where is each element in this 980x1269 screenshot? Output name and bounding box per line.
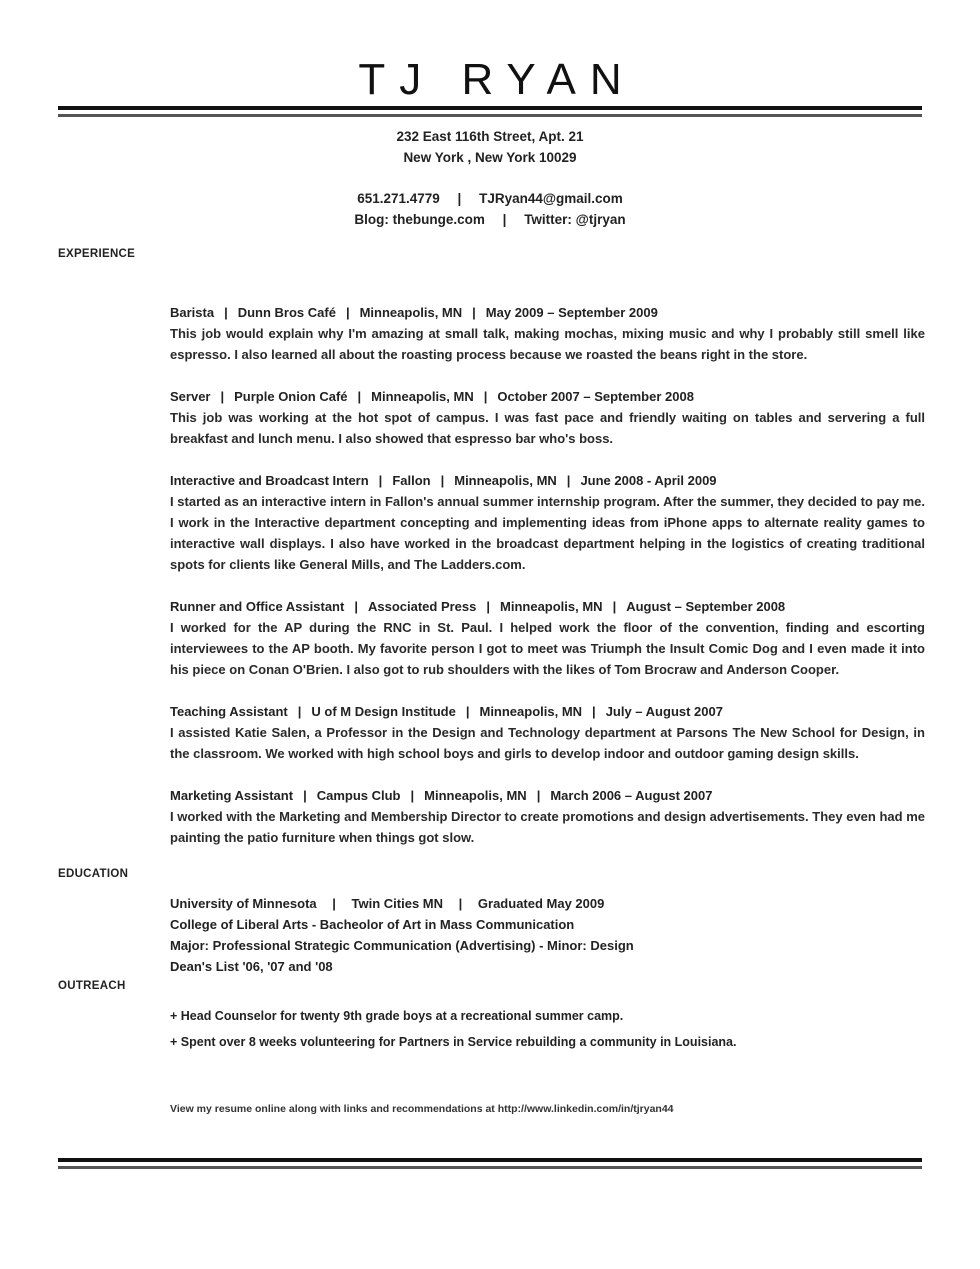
twitter-link[interactable]: Twitter: @tjryan — [524, 212, 625, 227]
graduation-date: Graduated May 2009 — [478, 896, 604, 911]
job-dates: June 2008 - April 2009 — [580, 473, 716, 488]
job-title: Runner and Office Assistant — [170, 599, 344, 614]
job-title: Teaching Assistant — [170, 704, 288, 719]
separator: | — [411, 785, 415, 806]
footer-rule-thick — [58, 1158, 922, 1162]
experience-entry: Barista|Dunn Bros Café|Minneapolis, MN|M… — [170, 302, 925, 365]
job-header: Teaching Assistant|U of M Design Institu… — [170, 701, 925, 722]
contact-block: 651.271.4779 | TJRyan44@gmail.com Blog: … — [0, 188, 980, 230]
outreach-item: + Head Counselor for twenty 9th grade bo… — [170, 1003, 925, 1029]
separator: | — [537, 785, 541, 806]
section-label-outreach: OUTREACH — [58, 980, 126, 992]
section-label-education: EDUCATION — [58, 868, 128, 880]
education-major-line: Major: Professional Strategic Communicat… — [170, 935, 925, 956]
job-location: Minneapolis, MN — [371, 389, 474, 404]
separator: | — [298, 701, 302, 722]
job-employer: U of M Design Institude — [311, 704, 455, 719]
separator: | — [354, 596, 358, 617]
separator: | — [459, 893, 463, 914]
job-dates: October 2007 – September 2008 — [497, 389, 694, 404]
job-title: Interactive and Broadcast Intern — [170, 473, 369, 488]
separator: | — [379, 470, 383, 491]
job-dates: July – August 2007 — [606, 704, 723, 719]
job-description: I worked for the AP during the RNC in St… — [170, 617, 925, 680]
separator: | — [592, 701, 596, 722]
job-description: I worked with the Marketing and Membersh… — [170, 806, 925, 848]
job-description: I started as an interactive intern in Fa… — [170, 491, 925, 575]
separator: | — [441, 470, 445, 491]
separator: | — [332, 893, 336, 914]
separator: | — [472, 302, 476, 323]
linkedin-note[interactable]: View my resume online along with links a… — [170, 1103, 674, 1115]
experience-entry: Interactive and Broadcast Intern|Fallon|… — [170, 470, 925, 575]
experience-entry: Runner and Office Assistant|Associated P… — [170, 596, 925, 680]
job-employer: Campus Club — [317, 788, 401, 803]
resume-name: TJ RYAN — [0, 52, 980, 108]
separator: | — [466, 701, 470, 722]
job-description: This job was working at the hot spot of … — [170, 407, 925, 449]
job-header: Barista|Dunn Bros Café|Minneapolis, MN|M… — [170, 302, 925, 323]
address-line-2: New York , New York 10029 — [0, 147, 980, 168]
experience-entry: Teaching Assistant|U of M Design Institu… — [170, 701, 925, 764]
job-location: Minneapolis, MN — [360, 305, 463, 320]
job-employer: Dunn Bros Café — [238, 305, 336, 320]
separator: | — [503, 209, 507, 230]
job-header: Runner and Office Assistant|Associated P… — [170, 596, 925, 617]
job-employer: Associated Press — [368, 599, 476, 614]
blog-link[interactable]: Blog: thebunge.com — [354, 212, 485, 227]
job-title: Barista — [170, 305, 214, 320]
job-dates: August – September 2008 — [626, 599, 785, 614]
job-header: Marketing Assistant|Campus Club|Minneapo… — [170, 785, 925, 806]
job-header: Server|Purple Onion Café|Minneapolis, MN… — [170, 386, 925, 407]
job-location: Minneapolis, MN — [500, 599, 603, 614]
education-block: University of Minnesota | Twin Cities MN… — [170, 893, 925, 977]
header-rule-thin — [58, 114, 922, 117]
separator: | — [613, 596, 617, 617]
job-title: Server — [170, 389, 210, 404]
separator: | — [224, 302, 228, 323]
experience-list: Barista|Dunn Bros Café|Minneapolis, MN|M… — [170, 302, 925, 869]
separator: | — [486, 596, 490, 617]
address-block: 232 East 116th Street, Apt. 21 New York … — [0, 126, 980, 168]
outreach-item: + Spent over 8 weeks volunteering for Pa… — [170, 1029, 925, 1055]
job-employer: Purple Onion Café — [234, 389, 347, 404]
separator: | — [346, 302, 350, 323]
separator: | — [220, 386, 224, 407]
job-description: I assisted Katie Salen, a Professor in t… — [170, 722, 925, 764]
contact-row-1: 651.271.4779 | TJRyan44@gmail.com — [0, 188, 980, 209]
school-name: University of Minnesota — [170, 896, 317, 911]
header-rule-thick — [58, 106, 922, 110]
separator: | — [358, 386, 362, 407]
job-header: Interactive and Broadcast Intern|Fallon|… — [170, 470, 925, 491]
education-honors-line: Dean's List '06, '07 and '08 — [170, 956, 925, 977]
separator: | — [484, 386, 488, 407]
job-dates: May 2009 – September 2009 — [486, 305, 658, 320]
job-title: Marketing Assistant — [170, 788, 293, 803]
separator: | — [567, 470, 571, 491]
job-location: Minneapolis, MN — [424, 788, 527, 803]
outreach-list: + Head Counselor for twenty 9th grade bo… — [170, 1003, 925, 1055]
experience-entry: Marketing Assistant|Campus Club|Minneapo… — [170, 785, 925, 848]
experience-entry: Server|Purple Onion Café|Minneapolis, MN… — [170, 386, 925, 449]
contact-row-2: Blog: thebunge.com | Twitter: @tjryan — [0, 209, 980, 230]
education-school-line: University of Minnesota | Twin Cities MN… — [170, 893, 925, 914]
job-description: This job would explain why I'm amazing a… — [170, 323, 925, 365]
education-college-line: College of Liberal Arts - Bacheolor of A… — [170, 914, 925, 935]
job-location: Minneapolis, MN — [479, 704, 582, 719]
job-employer: Fallon — [392, 473, 430, 488]
address-line-1: 232 East 116th Street, Apt. 21 — [0, 126, 980, 147]
phone: 651.271.4779 — [357, 191, 440, 206]
school-location: Twin Cities MN — [352, 896, 443, 911]
job-dates: March 2006 – August 2007 — [550, 788, 712, 803]
section-label-experience: EXPERIENCE — [58, 248, 135, 260]
email-link[interactable]: TJRyan44@gmail.com — [479, 191, 623, 206]
separator: | — [303, 785, 307, 806]
footer-rule-thin — [58, 1166, 922, 1169]
job-location: Minneapolis, MN — [454, 473, 557, 488]
separator: | — [458, 188, 462, 209]
